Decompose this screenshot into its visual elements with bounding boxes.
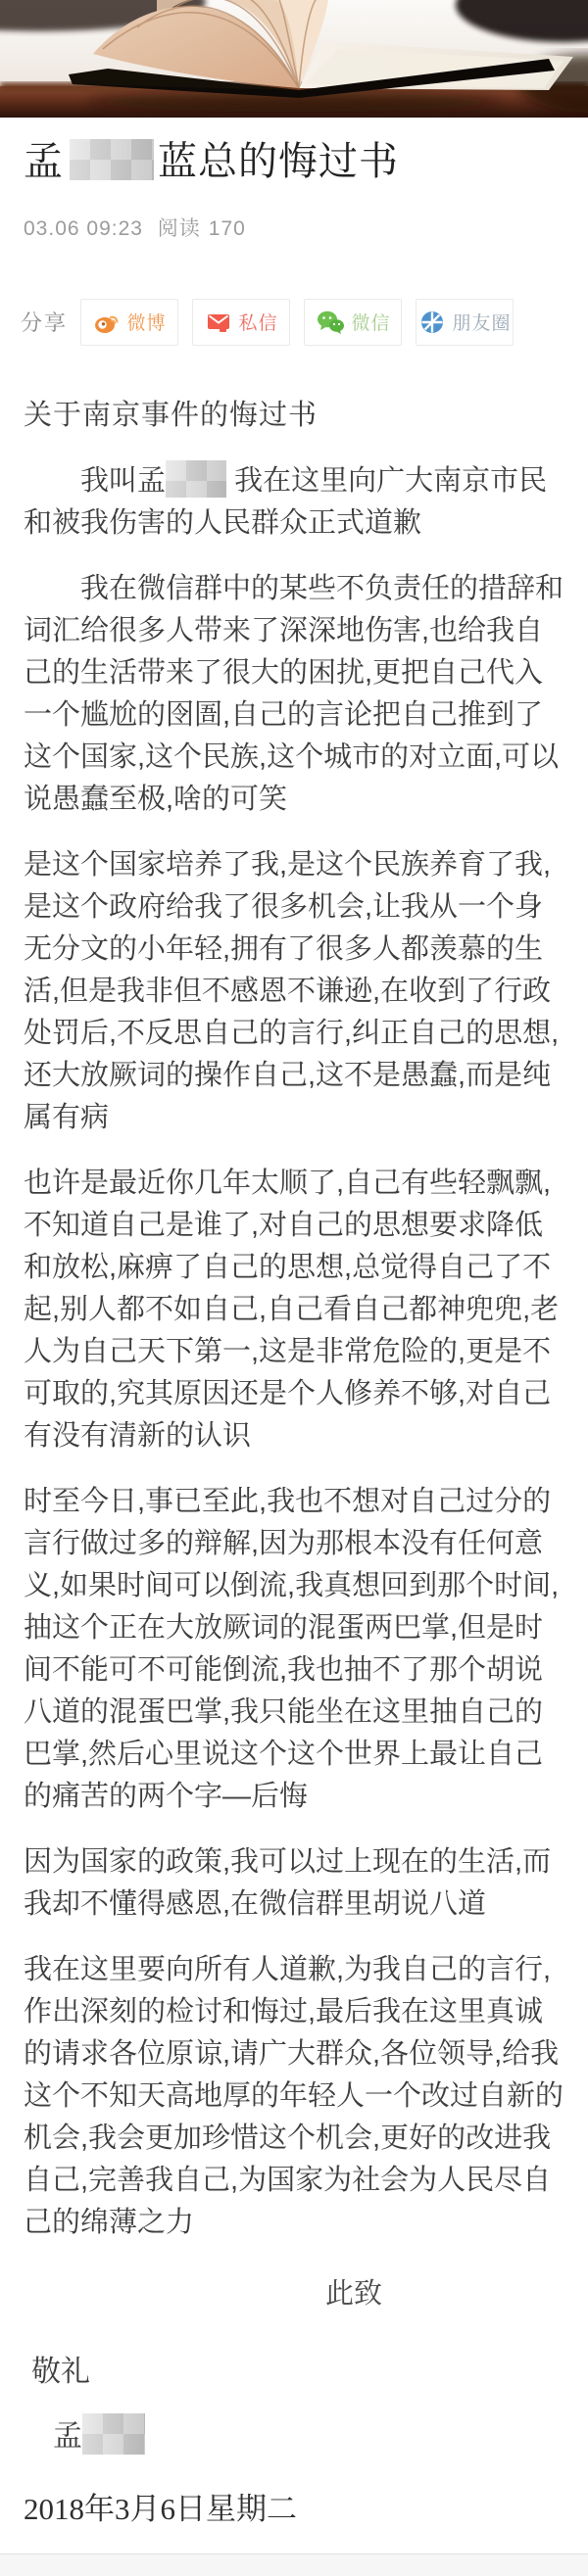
title-prefix: 孟 <box>24 140 64 183</box>
censored-name-block <box>166 460 226 498</box>
share-bar: 分享 微博 私信 <box>0 299 588 346</box>
paragraph: 时至今日,事已至此,我也不想对自己过分的言行做过多的辩解,因为那根本没有任何意义… <box>24 1481 564 1818</box>
date-line: 2018年3月6日星期二 <box>0 2484 588 2528</box>
article-body: 关于南京事件的悔过书我叫孟 我在这里向广大南京市民和被我伤害的人民群众正式道歉我… <box>0 395 588 2244</box>
header-image <box>0 0 588 118</box>
share-weibo-label: 微博 <box>127 309 167 335</box>
paragraph: 我叫孟 我在这里向广大南京市民和被我伤害的人民群众正式道歉 <box>24 460 564 545</box>
footer-divider <box>0 2553 588 2576</box>
article-meta: 03.06 09:23 阅读170 <box>0 213 588 242</box>
paragraph: 也许是最近你几年太顺了,自己有些轻飘飘,不知道自己是谁了,对自己的思想要求降低和… <box>24 1163 564 1457</box>
book-photo-illustration <box>0 0 588 118</box>
paragraph: 关于南京事件的悔过书 <box>24 395 564 437</box>
closing-jingli: 敬礼 <box>0 2347 588 2390</box>
share-wechat-label: 微信 <box>352 309 391 335</box>
title-suffix: 蓝总的悔过书 <box>158 140 399 183</box>
envelope-icon <box>205 309 232 336</box>
share-moments-label: 朋友圈 <box>453 309 512 335</box>
article-page: 孟蓝总的悔过书 03.06 09:23 阅读170 分享 微博 私信 <box>0 0 588 2576</box>
read-label: 阅读 <box>158 217 201 240</box>
share-private-message-label: 私信 <box>239 309 278 335</box>
weibo-icon <box>93 309 121 336</box>
signature-line: 孟 <box>0 2411 588 2455</box>
moments-aperture-icon <box>418 309 446 336</box>
share-moments-button[interactable]: 朋友圈 <box>416 299 514 346</box>
censored-signature-block <box>82 2413 145 2455</box>
paragraph: 因为国家的政策,我可以过上现在的生活,而我却不懂得感恩,在微信群里胡说八道 <box>24 1841 564 1926</box>
paragraph: 我在微信群中的某些不负责任的措辞和词汇给很多人带来了深深地伤害,也给我自己的生活… <box>24 568 564 821</box>
publish-datetime: 03.06 09:23 <box>24 217 143 240</box>
page-title: 孟蓝总的悔过书 <box>0 137 588 186</box>
share-weibo-button[interactable]: 微博 <box>80 299 178 346</box>
censored-name-block <box>70 139 154 180</box>
share-wechat-button[interactable]: 微信 <box>304 299 402 346</box>
paragraph: 我在这里要向所有人道歉,为我自己的言行,作出深刻的检讨和悔过,最后我在这里真诚的… <box>24 1949 564 2244</box>
wechat-icon <box>316 309 345 336</box>
closing-cizhi: 此致 <box>0 2271 588 2312</box>
paragraph: 是这个国家培养了我,是这个民族养育了我,是这个政府给我了很多机会,让我从一个身无… <box>24 844 564 1139</box>
share-private-message-button[interactable]: 私信 <box>192 299 290 346</box>
share-caption: 分享 <box>21 307 68 337</box>
signature-prefix: 孟 <box>53 2420 82 2453</box>
read-count: 170 <box>209 217 246 240</box>
